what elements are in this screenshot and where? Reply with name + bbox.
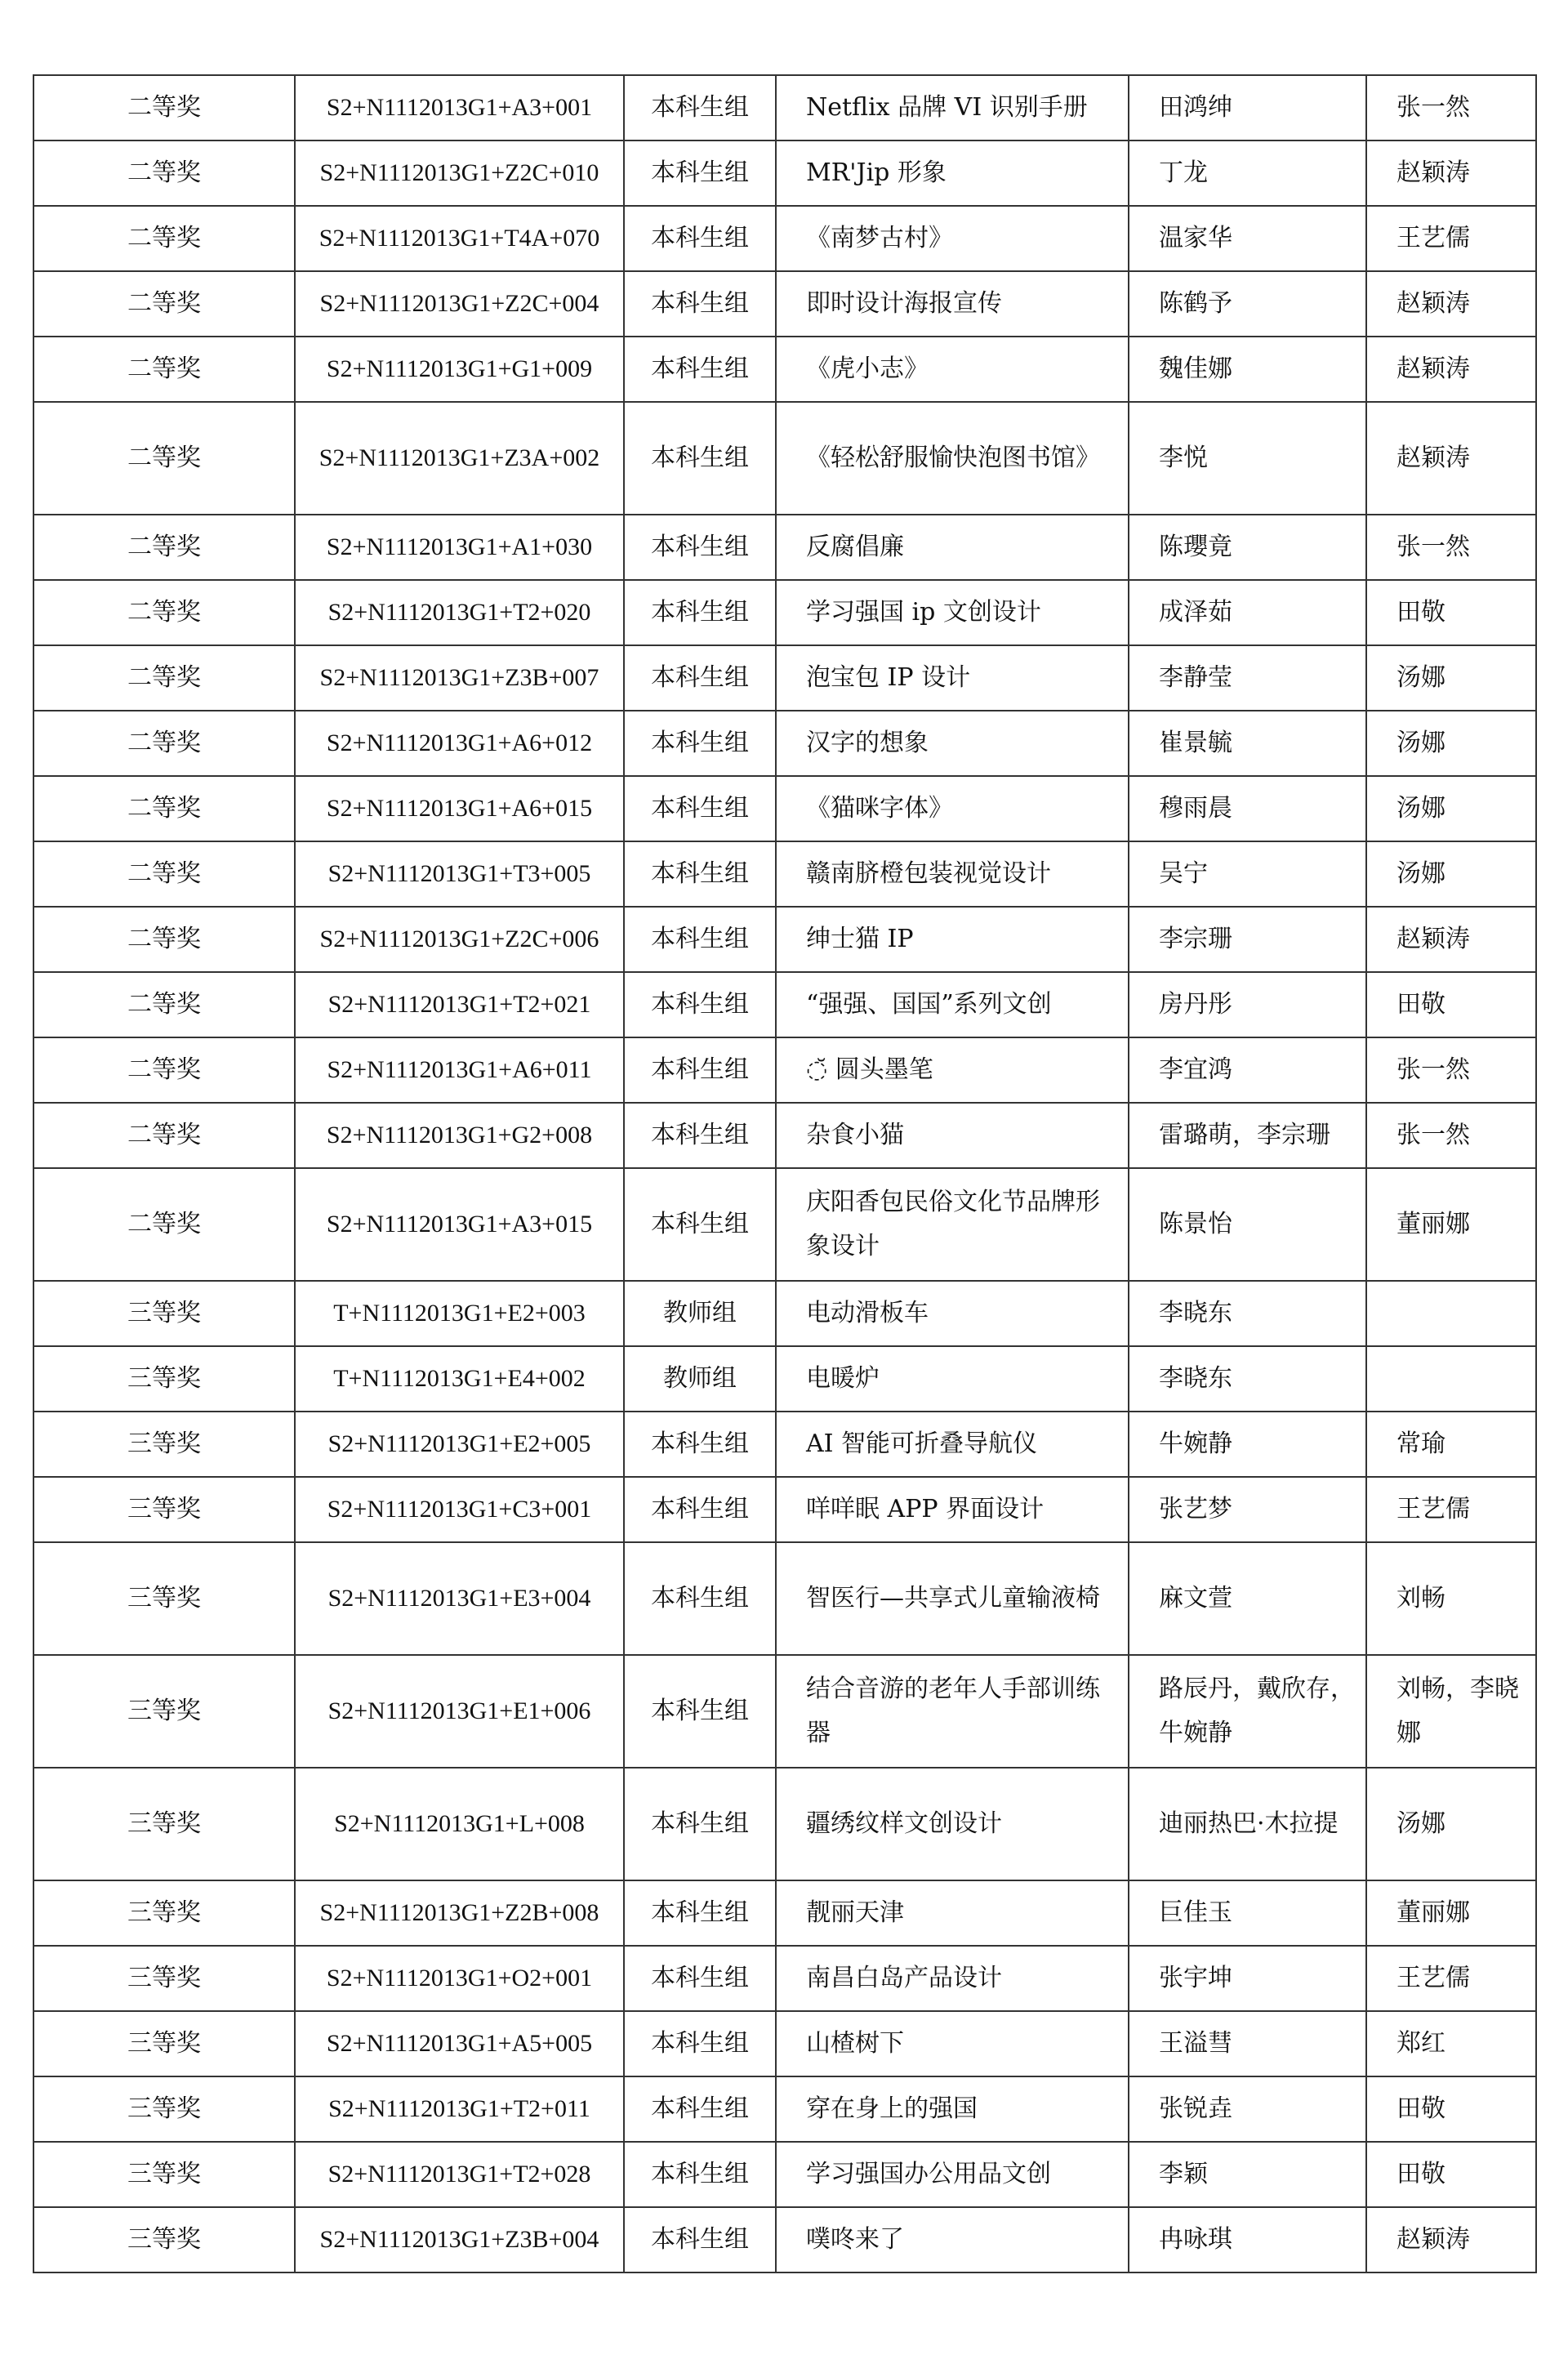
code-cell: S2+N1112013G1+L+008 [295,1768,624,1880]
table-row: 二等奖S2+N1112013G1+T2+020本科生组学习强国 ip 文创设计成… [33,580,1536,645]
title-cell: 《猫咪字体》 [776,776,1129,841]
title-cell: 汉字的想象 [776,711,1129,776]
title-cell: 智医行—共享式儿童输液椅 [776,1542,1129,1655]
code-cell: S2+N1112013G1+Z2B+008 [295,1880,624,1946]
title-cell: 结合音游的老年人手部训练器 [776,1655,1129,1768]
code-cell: T+N1112013G1+E2+003 [295,1281,624,1346]
group-cell: 本科生组 [624,1542,776,1655]
award-cell: 三等奖 [33,1655,295,1768]
award-cell: 三等奖 [33,1346,295,1412]
award-cell: 二等奖 [33,206,295,271]
table-row: 三等奖T+N1112013G1+E4+002教师组电暖炉李晓东 [33,1346,1536,1412]
title-cell: MR'Jip 形象 [776,140,1129,206]
award-cell: 三等奖 [33,2011,295,2076]
code-cell: S2+N1112013G1+E3+004 [295,1542,624,1655]
title-cell: 山楂树下 [776,2011,1129,2076]
advisor-cell: 赵颖涛 [1366,140,1536,206]
group-cell: 本科生组 [624,776,776,841]
advisor-cell: 张一然 [1366,75,1536,140]
title-cell: 泡宝包 IP 设计 [776,645,1129,711]
group-cell: 教师组 [624,1281,776,1346]
advisor-cell: 王艺儒 [1366,1946,1536,2011]
title-cell: AI 智能可折叠导航仪 [776,1412,1129,1477]
code-cell: S2+N1112013G1+O2+001 [295,1946,624,2011]
code-cell: S2+N1112013G1+T3+005 [295,841,624,907]
title-cell: 《轻松舒服愉快泡图书馆》 [776,402,1129,515]
table-row: 三等奖S2+N1112013G1+L+008本科生组疆绣纹样文创设计迪丽热巴·木… [33,1768,1536,1880]
group-cell: 本科生组 [624,2011,776,2076]
code-cell: S2+N1112013G1+Z2C+004 [295,271,624,337]
group-cell: 本科生组 [624,2207,776,2272]
authors-cell: 王溢彗 [1129,2011,1366,2076]
title-cell: 庆阳香包民俗文化节品牌形象设计 [776,1168,1129,1281]
code-cell: S2+N1112013G1+Z3A+002 [295,402,624,515]
table-row: 三等奖S2+N1112013G1+O2+001本科生组南昌白岛产品设计张宇坤王艺… [33,1946,1536,2011]
award-cell: 三等奖 [33,1880,295,1946]
title-cell: 噗咚来了 [776,2207,1129,2272]
code-cell: S2+N1112013G1+C3+001 [295,1477,624,1542]
table-row: 二等奖S2+N1112013G1+Z2C+006本科生组绅士猫 IP李宗珊赵颖涛 [33,907,1536,972]
advisor-cell [1366,1281,1536,1346]
group-cell: 本科生组 [624,1037,776,1103]
table-row: 二等奖S2+N1112013G1+A1+030本科生组反腐倡廉陈瓔竟张一然 [33,515,1536,580]
group-cell: 本科生组 [624,1768,776,1880]
code-cell: S2+N1112013G1+T2+028 [295,2142,624,2207]
table-row: 三等奖S2+N1112013G1+T2+011本科生组穿在身上的强国张锐垚田敬 [33,2076,1536,2142]
advisor-cell: 张一然 [1366,1037,1536,1103]
table-row: 二等奖S2+N1112013G1+A6+015本科生组《猫咪字体》穆雨晨汤娜 [33,776,1536,841]
authors-cell: 李晓东 [1129,1281,1366,1346]
advisor-cell: 汤娜 [1366,711,1536,776]
award-cell: 二等奖 [33,776,295,841]
advisor-cell: 赵颖涛 [1366,2207,1536,2272]
code-cell: S2+N1112013G1+Z3B+007 [295,645,624,711]
authors-cell: 崔景毓 [1129,711,1366,776]
authors-cell: 路辰丹，戴欣存，牛婉静 [1129,1655,1366,1768]
table-row: 二等奖S2+N1112013G1+T3+005本科生组赣南脐橙包装视觉设计吴宁汤… [33,841,1536,907]
group-cell: 本科生组 [624,2142,776,2207]
award-cell: 三等奖 [33,2142,295,2207]
table-row: 二等奖S2+N1112013G1+A6+011本科生组◌̆ 圆头墨笔李宜鸿张一然 [33,1037,1536,1103]
group-cell: 本科生组 [624,580,776,645]
authors-cell: 李宗珊 [1129,907,1366,972]
title-cell: 《虎小志》 [776,337,1129,402]
code-cell: S2+N1112013G1+A5+005 [295,2011,624,2076]
advisor-cell [1366,1346,1536,1412]
authors-cell: 冉咏琪 [1129,2207,1366,2272]
advisor-cell: 王艺儒 [1366,206,1536,271]
group-cell: 本科生组 [624,206,776,271]
advisor-cell: 董丽娜 [1366,1168,1536,1281]
group-cell: 本科生组 [624,907,776,972]
advisor-cell: 田敬 [1366,2142,1536,2207]
title-cell: 赣南脐橙包装视觉设计 [776,841,1129,907]
advisor-cell: 赵颖涛 [1366,402,1536,515]
table-row: 三等奖S2+N1112013G1+Z2B+008本科生组靓丽天津巨佳玉董丽娜 [33,1880,1536,1946]
code-cell: S2+N1112013G1+T2+021 [295,972,624,1037]
advisor-cell: 王艺儒 [1366,1477,1536,1542]
title-cell: 疆绣纹样文创设计 [776,1768,1129,1880]
award-cell: 二等奖 [33,140,295,206]
advisor-cell: 赵颖涛 [1366,271,1536,337]
award-cell: 三等奖 [33,1542,295,1655]
group-cell: 本科生组 [624,140,776,206]
code-cell: S2+N1112013G1+A6+015 [295,776,624,841]
award-cell: 二等奖 [33,841,295,907]
group-cell: 本科生组 [624,1412,776,1477]
award-cell: 二等奖 [33,337,295,402]
title-cell: ◌̆ 圆头墨笔 [776,1037,1129,1103]
authors-cell: 丁龙 [1129,140,1366,206]
advisor-cell: 刘畅 [1366,1542,1536,1655]
award-cell: 二等奖 [33,515,295,580]
award-cell: 三等奖 [33,1281,295,1346]
awards-table: 二等奖S2+N1112013G1+A3+001本科生组Netflix 品牌 VI… [33,74,1537,2273]
award-cell: 三等奖 [33,1768,295,1880]
advisor-cell: 汤娜 [1366,776,1536,841]
advisor-cell: 张一然 [1366,1103,1536,1168]
group-cell: 本科生组 [624,1477,776,1542]
authors-cell: 陈景怡 [1129,1168,1366,1281]
table-row: 二等奖S2+N1112013G1+Z3A+002本科生组《轻松舒服愉快泡图书馆》… [33,402,1536,515]
award-cell: 二等奖 [33,75,295,140]
authors-cell: 张锐垚 [1129,2076,1366,2142]
advisor-cell: 田敬 [1366,972,1536,1037]
code-cell: S2+N1112013G1+G1+009 [295,337,624,402]
advisor-cell: 赵颖涛 [1366,337,1536,402]
award-cell: 二等奖 [33,1037,295,1103]
award-cell: 三等奖 [33,1412,295,1477]
authors-cell: 麻文萱 [1129,1542,1366,1655]
group-cell: 本科生组 [624,972,776,1037]
authors-cell: 李悦 [1129,402,1366,515]
authors-cell: 雷璐萌，李宗珊 [1129,1103,1366,1168]
award-cell: 三等奖 [33,2207,295,2272]
table-row: 二等奖S2+N1112013G1+T4A+070本科生组《南梦古村》温家华王艺儒 [33,206,1536,271]
advisor-cell: 汤娜 [1366,1768,1536,1880]
table-row: 二等奖S2+N1112013G1+Z3B+007本科生组泡宝包 IP 设计李静莹… [33,645,1536,711]
authors-cell: 李宜鸿 [1129,1037,1366,1103]
advisor-cell: 张一然 [1366,515,1536,580]
title-cell: 即时设计海报宣传 [776,271,1129,337]
code-cell: T+N1112013G1+E4+002 [295,1346,624,1412]
title-cell: Netflix 品牌 VI 识别手册 [776,75,1129,140]
authors-cell: 吴宁 [1129,841,1366,907]
table-row: 二等奖S2+N1112013G1+Z2C+004本科生组即时设计海报宣传陈鹤予赵… [33,271,1536,337]
code-cell: S2+N1112013G1+T2+020 [295,580,624,645]
title-cell: 靓丽天津 [776,1880,1129,1946]
group-cell: 本科生组 [624,2076,776,2142]
authors-cell: 田鸿绅 [1129,75,1366,140]
award-cell: 二等奖 [33,711,295,776]
group-cell: 本科生组 [624,1168,776,1281]
group-cell: 本科生组 [624,402,776,515]
authors-cell: 魏佳娜 [1129,337,1366,402]
table-row: 二等奖S2+N1112013G1+A3+015本科生组庆阳香包民俗文化节品牌形象… [33,1168,1536,1281]
authors-cell: 张艺梦 [1129,1477,1366,1542]
authors-cell: 李颖 [1129,2142,1366,2207]
award-cell: 二等奖 [33,402,295,515]
table-row: 二等奖S2+N1112013G1+Z2C+010本科生组MR'Jip 形象丁龙赵… [33,140,1536,206]
authors-cell: 陈鹤予 [1129,271,1366,337]
advisor-cell: 刘畅，李晓娜 [1366,1655,1536,1768]
group-cell: 本科生组 [624,1880,776,1946]
group-cell: 本科生组 [624,841,776,907]
award-cell: 二等奖 [33,1103,295,1168]
group-cell: 本科生组 [624,1655,776,1768]
code-cell: S2+N1112013G1+Z2C+010 [295,140,624,206]
authors-cell: 牛婉静 [1129,1412,1366,1477]
advisor-cell: 田敬 [1366,2076,1536,2142]
group-cell: 教师组 [624,1346,776,1412]
award-cell: 二等奖 [33,1168,295,1281]
title-cell: 学习强国 ip 文创设计 [776,580,1129,645]
advisor-cell: 董丽娜 [1366,1880,1536,1946]
authors-cell: 温家华 [1129,206,1366,271]
code-cell: S2+N1112013G1+A3+001 [295,75,624,140]
advisor-cell: 郑红 [1366,2011,1536,2076]
code-cell: S2+N1112013G1+E1+006 [295,1655,624,1768]
authors-cell: 迪丽热巴·木拉提 [1129,1768,1366,1880]
table-row: 三等奖S2+N1112013G1+E2+005本科生组AI 智能可折叠导航仪牛婉… [33,1412,1536,1477]
authors-cell: 穆雨晨 [1129,776,1366,841]
title-cell: 杂食小猫 [776,1103,1129,1168]
title-cell: “强强、国国”系列文创 [776,972,1129,1037]
table-row: 三等奖S2+N1112013G1+T2+028本科生组学习强国办公用品文创李颖田… [33,2142,1536,2207]
advisor-cell: 赵颖涛 [1366,907,1536,972]
code-cell: S2+N1112013G1+E2+005 [295,1412,624,1477]
code-cell: S2+N1112013G1+A1+030 [295,515,624,580]
group-cell: 本科生组 [624,337,776,402]
authors-cell: 房丹彤 [1129,972,1366,1037]
advisor-cell: 汤娜 [1366,841,1536,907]
title-cell: 绅士猫 IP [776,907,1129,972]
table-row: 三等奖S2+N1112013G1+A5+005本科生组山楂树下王溢彗郑红 [33,2011,1536,2076]
awards-table-body: 二等奖S2+N1112013G1+A3+001本科生组Netflix 品牌 VI… [33,75,1536,2272]
table-row: 二等奖S2+N1112013G1+A3+001本科生组Netflix 品牌 VI… [33,75,1536,140]
authors-cell: 陈瓔竟 [1129,515,1366,580]
group-cell: 本科生组 [624,75,776,140]
award-cell: 二等奖 [33,580,295,645]
award-cell: 三等奖 [33,2076,295,2142]
code-cell: S2+N1112013G1+T4A+070 [295,206,624,271]
group-cell: 本科生组 [624,515,776,580]
award-cell: 三等奖 [33,1477,295,1542]
table-row: 三等奖S2+N1112013G1+Z3B+004本科生组噗咚来了冉咏琪赵颖涛 [33,2207,1536,2272]
award-cell: 三等奖 [33,1946,295,2011]
award-cell: 二等奖 [33,645,295,711]
advisor-cell: 田敬 [1366,580,1536,645]
title-cell: 电动滑板车 [776,1281,1129,1346]
advisor-cell: 常瑜 [1366,1412,1536,1477]
table-row: 二等奖S2+N1112013G1+G1+009本科生组《虎小志》魏佳娜赵颖涛 [33,337,1536,402]
authors-cell: 成泽茹 [1129,580,1366,645]
code-cell: S2+N1112013G1+A6+012 [295,711,624,776]
authors-cell: 张宇坤 [1129,1946,1366,2011]
title-cell: 咩咩眠 APP 界面设计 [776,1477,1129,1542]
title-cell: 南昌白岛产品设计 [776,1946,1129,2011]
authors-cell: 李晓东 [1129,1346,1366,1412]
title-cell: 学习强国办公用品文创 [776,2142,1129,2207]
code-cell: S2+N1112013G1+A6+011 [295,1037,624,1103]
advisor-cell: 汤娜 [1366,645,1536,711]
table-row: 二等奖S2+N1112013G1+A6+012本科生组汉字的想象崔景毓汤娜 [33,711,1536,776]
table-row: 三等奖S2+N1112013G1+E3+004本科生组智医行—共享式儿童输液椅麻… [33,1542,1536,1655]
table-row: 三等奖S2+N1112013G1+E1+006本科生组结合音游的老年人手部训练器… [33,1655,1536,1768]
award-cell: 二等奖 [33,907,295,972]
code-cell: S2+N1112013G1+Z2C+006 [295,907,624,972]
group-cell: 本科生组 [624,645,776,711]
title-cell: 《南梦古村》 [776,206,1129,271]
code-cell: S2+N1112013G1+Z3B+004 [295,2207,624,2272]
code-cell: S2+N1112013G1+G2+008 [295,1103,624,1168]
title-cell: 穿在身上的强国 [776,2076,1129,2142]
title-cell: 反腐倡廉 [776,515,1129,580]
code-cell: S2+N1112013G1+A3+015 [295,1168,624,1281]
award-cell: 二等奖 [33,972,295,1037]
group-cell: 本科生组 [624,711,776,776]
table-row: 二等奖S2+N1112013G1+G2+008本科生组杂食小猫雷璐萌，李宗珊张一… [33,1103,1536,1168]
group-cell: 本科生组 [624,1103,776,1168]
group-cell: 本科生组 [624,1946,776,2011]
group-cell: 本科生组 [624,271,776,337]
table-row: 二等奖S2+N1112013G1+T2+021本科生组“强强、国国”系列文创房丹… [33,972,1536,1037]
authors-cell: 巨佳玉 [1129,1880,1366,1946]
award-cell: 二等奖 [33,271,295,337]
table-row: 三等奖T+N1112013G1+E2+003教师组电动滑板车李晓东 [33,1281,1536,1346]
code-cell: S2+N1112013G1+T2+011 [295,2076,624,2142]
title-cell: 电暖炉 [776,1346,1129,1412]
table-row: 三等奖S2+N1112013G1+C3+001本科生组咩咩眠 APP 界面设计张… [33,1477,1536,1542]
authors-cell: 李静莹 [1129,645,1366,711]
